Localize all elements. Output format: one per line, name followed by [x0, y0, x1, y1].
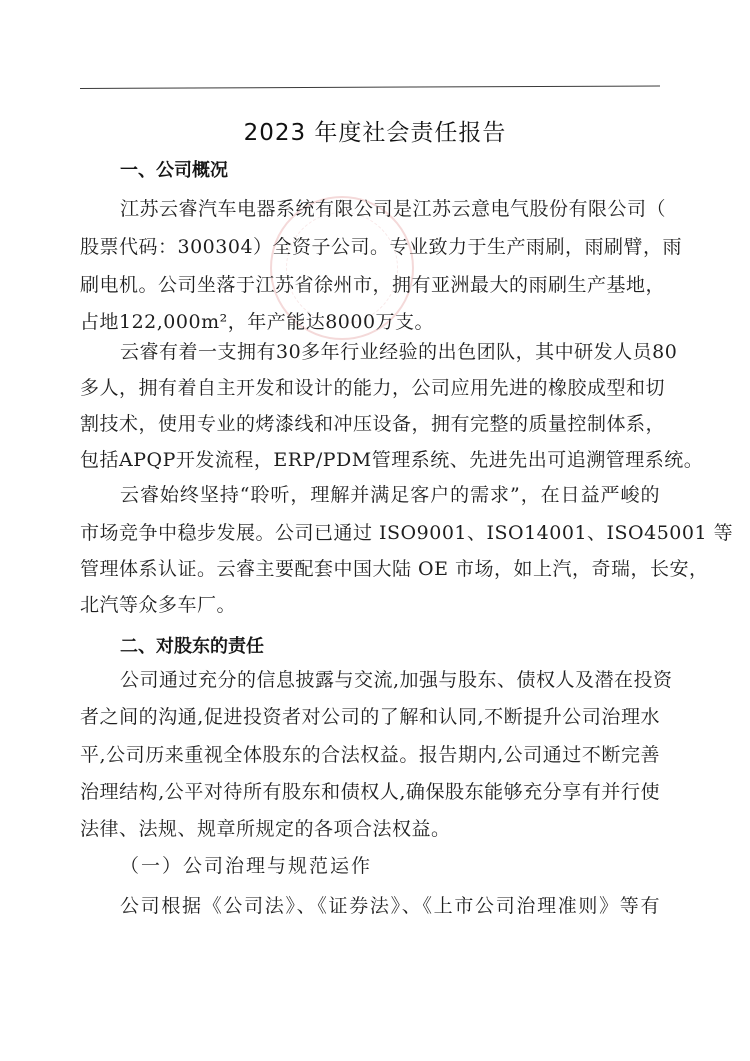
paragraph-line: 占地122,000m²，年产能达8000万支。: [80, 311, 660, 333]
paragraph-line: 管理体系认证。云睿主要配套中国大陆 OE 市场，如上汽，奇瑞，长安，: [80, 558, 660, 580]
paragraph-line: 公司根据《公司法》、《证券法》、《上市公司治理准则》等有: [120, 895, 660, 917]
paragraph-line: 云睿有着一支拥有30多年行业经验的出色团队，其中研发人员80: [120, 341, 660, 363]
document-title: 2023 年度社会责任报告: [0, 114, 750, 147]
paragraph-line: 公司通过充分的信息披露与交流,加强与股东、债权人及潜在投资: [120, 669, 660, 691]
paragraph-line: 市场竞争中稳步发展。公司已通过 ISO9001、ISO14001、ISO4500…: [80, 522, 660, 544]
paragraph-line: 法律、法规、规章所规定的各项合法权益。: [80, 818, 660, 840]
paragraph-line: 平,公司历来重视全体股东的合法权益。报告期内,公司通过不断完善: [80, 744, 660, 766]
subsection-heading-governance: （一）公司治理与规范运作: [120, 855, 372, 877]
paragraph-line: 治理结构,公平对待所有股东和债权人,确保股东能够充分享有并行使: [80, 781, 660, 803]
paragraph-line: 包括APQP开发流程，ERP/PDM管理系统、先进先出可追溯管理系统。: [80, 449, 660, 471]
section-heading-shareholder-responsibility: 二、对股东的责任: [120, 632, 264, 658]
paragraph-line: 北汽等众多车厂。: [80, 594, 660, 616]
paragraph-line: 股票代码：300304）全资子公司。专业致力于生产雨刷，雨刷臂，雨: [80, 236, 660, 258]
section-heading-company-overview: 一、公司概况: [120, 156, 228, 182]
paragraph-line: 者之间的沟通,促进投资者对公司的了解和认同,不断提升公司治理水: [80, 706, 660, 728]
paragraph-line: 云睿始终坚持“聆听，理解并满足客户的需求”，在日益严峻的: [120, 484, 660, 506]
paragraph-line: 割技术，使用专业的烤漆线和冲压设备，拥有完整的质量控制体系，: [80, 413, 660, 435]
paragraph-line: 江苏云睿汽车电器系统有限公司是江苏云意电气股份有限公司（: [120, 198, 660, 220]
paragraph-line: 多人，拥有着自主开发和设计的能力，公司应用先进的橡胶成型和切: [80, 377, 660, 399]
paragraph-line: 刷电机。公司坐落于江苏省徐州市，拥有亚洲最大的雨刷生产基地，: [80, 274, 660, 296]
document-page: 2023 年度社会责任报告 一、公司概况 江苏云睿汽车电器系统有限公司是江苏云意…: [0, 0, 750, 1061]
header-rule: [80, 85, 660, 89]
